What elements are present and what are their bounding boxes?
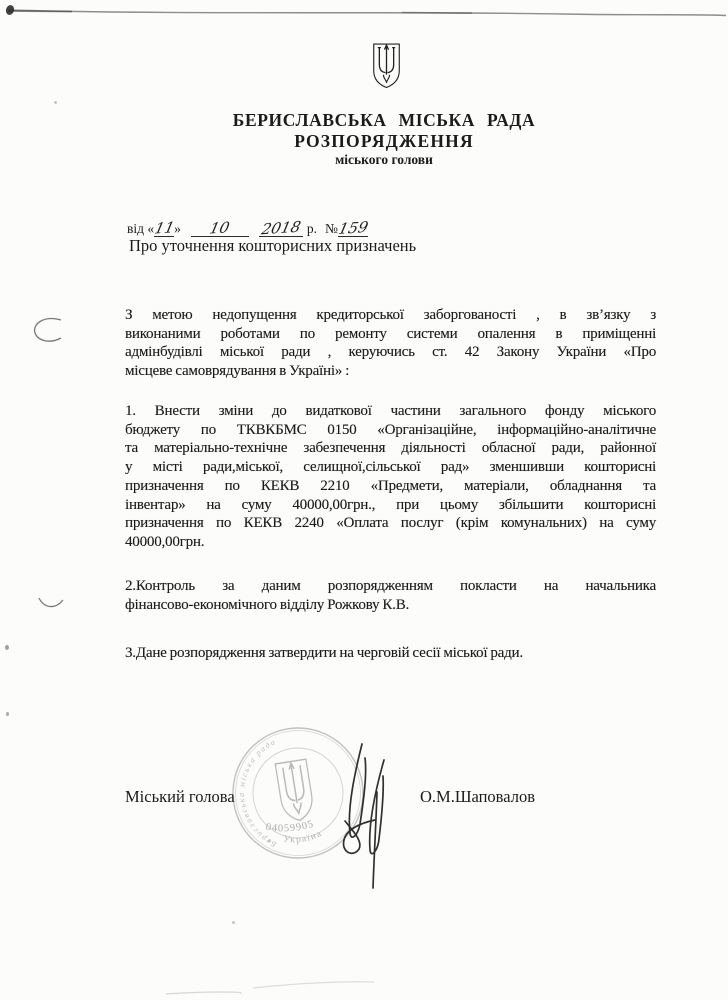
order-text-line: призначення по КЕКВ 2240 «Оплата послуг … bbox=[125, 514, 656, 533]
handwritten-month: 10 bbox=[208, 218, 231, 237]
signer-name: О.М.Шаповалов bbox=[420, 787, 535, 807]
order-text-line: 40000,00грн. bbox=[125, 533, 656, 552]
date-month-field: 10 bbox=[191, 219, 249, 237]
order-text-line: бюджету по ТКВКБМС 0150 «Організаційне, … bbox=[125, 421, 656, 440]
order-item-2: 2.Контроль за даним розпорядженням покла… bbox=[125, 577, 656, 614]
scan-arc-artifact-lower bbox=[36, 594, 66, 616]
order-text-line: інвентар» на суму 40000,00грн., при цьом… bbox=[125, 496, 656, 515]
document-type-title: РОЗПОРЯДЖЕННЯ bbox=[20, 131, 728, 152]
order-paragraph-intro: З метою недопущення кредиторської заборг… bbox=[125, 306, 656, 381]
scan-edge-line bbox=[2, 7, 728, 19]
order-text-line: призначення по КЕКВ 2210 «Предмети, мате… bbox=[125, 477, 656, 496]
order-text-line: адмінбудівлі міської ради , керуючись ст… bbox=[125, 343, 656, 362]
scan-speck bbox=[232, 921, 235, 924]
scan-speck bbox=[5, 645, 9, 650]
handwritten-signature bbox=[332, 736, 402, 890]
year-abbr: р. bbox=[307, 221, 317, 237]
scan-speck bbox=[6, 712, 9, 716]
scanned-document-page: БЕРИСЛАВСЬКА МІСЬКА РАДА РОЗПОРЯДЖЕННЯ м… bbox=[0, 0, 728, 1000]
handwritten-day: 11 bbox=[152, 218, 175, 237]
order-text-line: З метою недопущення кредиторської заборг… bbox=[125, 306, 656, 325]
document-subject: Про уточнення кошторисних призначень bbox=[129, 236, 416, 256]
order-text-line: місцеве самоврядування в Україні» : bbox=[125, 362, 656, 381]
order-item-3: 3.Дане розпорядження затвердити на черго… bbox=[125, 644, 656, 663]
scan-bottom-smudge bbox=[148, 975, 378, 997]
order-text-line: 2.Контроль за даним розпорядженням покла… bbox=[125, 577, 656, 596]
date-number-line: від « 11 » 10 2018 р. № 159 bbox=[127, 217, 368, 237]
order-text-line: у місті ради,міської, селищної,сільської… bbox=[125, 458, 656, 477]
document-issuer: міського голови bbox=[20, 152, 728, 168]
date-year-field: 2018 bbox=[259, 219, 303, 237]
order-text-line: фінансово-економічного відділу Рожкову К… bbox=[125, 596, 656, 615]
handwritten-number: 159 bbox=[336, 218, 369, 238]
doc-number-field: 159 bbox=[338, 219, 368, 237]
date-prefix: від « bbox=[127, 221, 154, 237]
order-text-line: виконаними роботами по ремонту системи о… bbox=[125, 325, 656, 344]
date-close-quote: » bbox=[174, 221, 181, 237]
number-sign: № bbox=[325, 221, 338, 237]
order-item-1: 1. Внести зміни до видаткової частини за… bbox=[125, 402, 656, 552]
ukraine-trident-emblem-icon bbox=[371, 42, 402, 89]
seal-trident-icon bbox=[275, 759, 315, 823]
organization-name: БЕРИСЛАВСЬКА МІСЬКА РАДА bbox=[20, 110, 728, 131]
scan-arc-artifact-upper bbox=[30, 315, 68, 349]
date-day-field: 11 bbox=[154, 219, 174, 237]
order-text-line: 1. Внести зміни до видаткової частини за… bbox=[125, 402, 656, 421]
scan-speck bbox=[54, 101, 57, 104]
signer-position: Міський голова bbox=[125, 787, 235, 807]
order-text-line: та матеріально-технічне забезпечення дія… bbox=[125, 439, 656, 458]
order-text-line: 3.Дане розпорядження затвердити на черго… bbox=[125, 644, 656, 663]
